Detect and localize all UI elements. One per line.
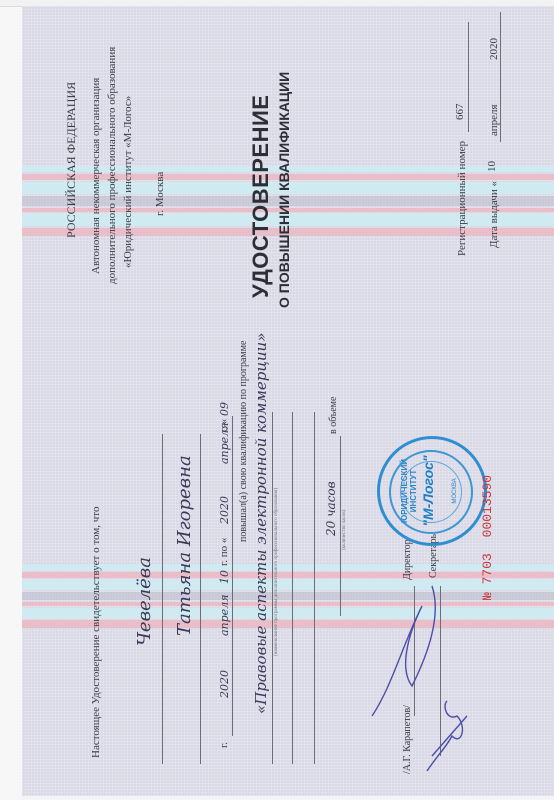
period-to-day: 10 — [218, 570, 231, 584]
issue-day: 10 — [486, 161, 498, 172]
qualification-text: повышал(а) свою квалификацию по программ… — [238, 341, 249, 542]
issue-date-line — [500, 12, 501, 142]
surname-line — [162, 434, 163, 764]
stamp-center-text: "М-Логос" — [420, 439, 436, 543]
program-line — [272, 412, 273, 764]
hours-caption: (количество часов) — [342, 510, 347, 550]
certificate-document: РОССИЙСКАЯ ФЕДЕРАЦИЯ Автономная некоммер… — [22, 6, 554, 796]
volume-line — [340, 436, 341, 616]
period-from-year: 2020 — [218, 496, 231, 524]
reg-number-label: Регистрационный номер — [456, 141, 468, 256]
stamp-arc-text: ЮРИДИЧЕСКИЙ ИНСТИТУТ — [400, 439, 418, 543]
serial-value: 00013590 — [480, 475, 495, 537]
program-line-3 — [314, 412, 315, 764]
director-label: Директор — [402, 539, 413, 580]
org-line-2: дополнительного профессионального образо… — [106, 47, 118, 284]
country-heading: РОССИЙСКАЯ ФЕДЕРАЦИЯ — [64, 82, 79, 238]
reg-number-value: 667 — [454, 104, 466, 121]
program-title: «Правовые аспекты электронной коммерции» — [252, 333, 270, 714]
given-names: Татьяна Игоревна — [174, 455, 195, 636]
issue-date-label: Дата выдачи « — [488, 181, 500, 248]
institute-stamp: ЮРИДИЧЕСКИЙ ИНСТИТУТ "М-Логос" МОСКВА — [377, 436, 487, 546]
program-line-2 — [292, 412, 293, 764]
org-line-3: «Юридический институт «М-Логос» — [122, 96, 134, 268]
program-caption: (наименование программы дополнительного … — [274, 488, 279, 656]
hours-value: 20 часов — [324, 481, 338, 536]
surname: Чевелёва — [134, 557, 155, 646]
reg-number-line — [468, 22, 469, 132]
period-to-month: апреля — [218, 595, 231, 636]
org-line-1: Автономная некоммерческая организация — [90, 78, 102, 274]
given-names-line — [200, 434, 201, 764]
period-to-prefix: г. по « — [218, 538, 230, 566]
issue-year: 2020 — [488, 38, 500, 60]
city: г. Москва — [154, 172, 166, 216]
period-to-year: 2020 — [218, 670, 231, 698]
volume-label: в объеме — [328, 397, 339, 434]
intro-text: Настоящее Удостоверение свидетельствует … — [90, 507, 102, 758]
period-suffix: г. — [218, 742, 230, 748]
serial-number: № 7703 00013590 — [480, 475, 495, 600]
certificate-subtitle: О ПОВЫШЕНИИ КВАЛИФИКАЦИИ — [276, 72, 292, 308]
period-from-month: апреля — [218, 423, 231, 464]
serial-series: 7703 — [480, 553, 495, 584]
scan-edge-left — [0, 0, 22, 800]
stamp-city-text: МОСКВА — [452, 439, 458, 543]
issue-month: апреля — [488, 104, 500, 136]
serial-prefix: № — [480, 592, 495, 600]
certificate-title: УДОСТОВЕРЕНИЕ — [248, 95, 274, 298]
period-from-day: 09 — [218, 402, 231, 416]
secretary-signature — [417, 696, 477, 776]
period-line — [232, 416, 233, 736]
